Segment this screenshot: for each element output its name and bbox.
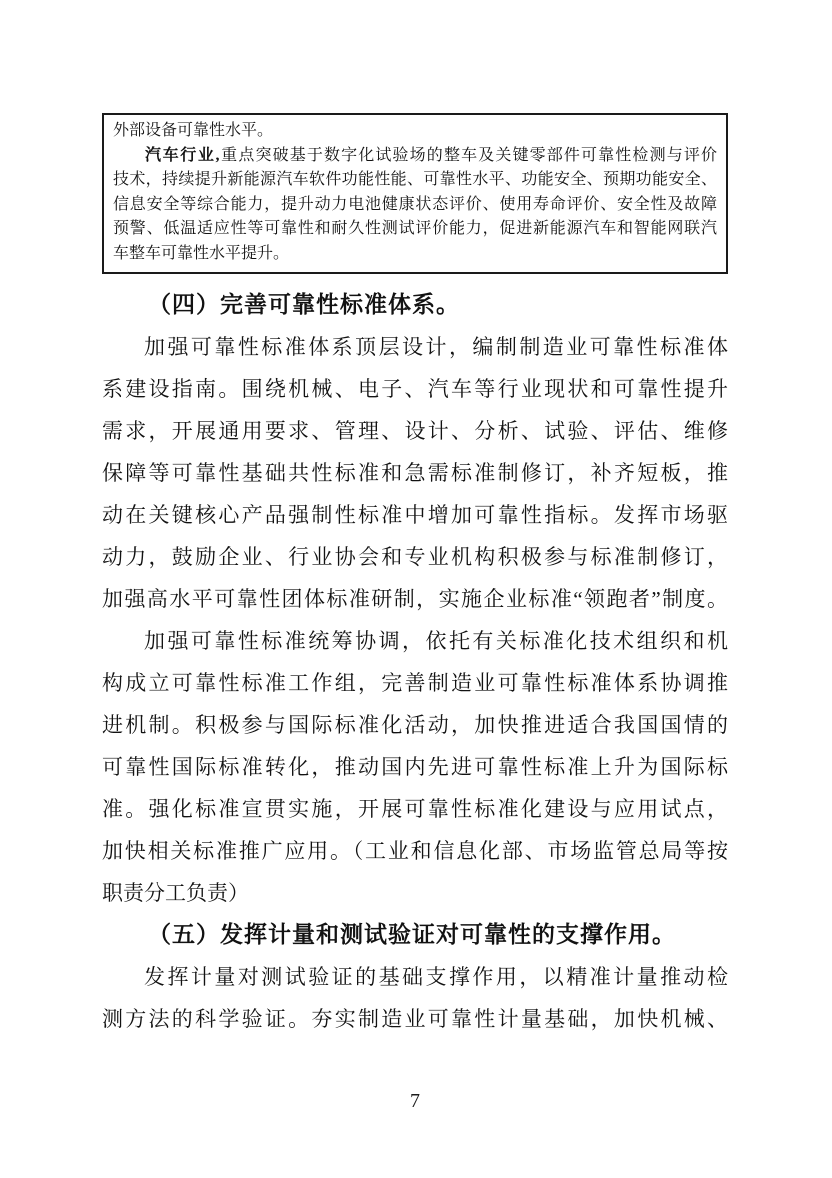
text-line: 动力，鼓励企业、行业协会和专业机构积极参与标准制修订， (102, 536, 728, 578)
paragraph-standards-coordination: 加强可靠性标准统筹协调，依托有关标准化技术组织和机构成立可靠性标准工作组，完善制… (102, 620, 728, 914)
text-line: 信息安全等综合能力，提升动力电池健康状态评价、使用寿命评价、安全性及故障 (113, 193, 717, 218)
text-line: 准。强化标准宣贯实施，开展可靠性标准化建设与应用试点， (102, 788, 728, 830)
text-line: 车整车可靠性水平提升。 (113, 242, 717, 267)
text-line: 加强可靠性标准体系顶层设计，编制制造业可靠性标准体 (102, 326, 728, 368)
paragraph-standards-top-design: 加强可靠性标准体系顶层设计，编制制造业可靠性标准体系建设指南。围绕机械、电子、汽… (102, 326, 728, 620)
section-heading-5: （五）发挥计量和测试验证对可靠性的支撑作用。 (102, 914, 728, 956)
text-line: 外部设备可靠性水平。 (113, 119, 717, 144)
text-line: 加强可靠性标准统筹协调，依托有关标准化技术组织和机 (102, 620, 728, 662)
text-line: 加快相关标准推广应用。（工业和信息化部、市场监管总局等按 (102, 830, 728, 872)
document-page: 外部设备可靠性水平。汽车行业,重点突破基于数字化试验场的整车及关键零部件可靠性检… (0, 0, 832, 1178)
text-line: 预警、低温适应性等可靠性和耐久性测试评价能力，促进新能源汽车和智能网联汽 (113, 217, 717, 242)
paragraph-metrology-support: 发挥计量对测试验证的基础支撑作用，以精准计量推动检测方法的科学验证。夯实制造业可… (102, 956, 728, 1040)
text-line: 发挥计量对测试验证的基础支撑作用，以精准计量推动检 (102, 956, 728, 998)
text-line: 动在关键核心产品强制性标准中增加可靠性指标。发挥市场驱 (102, 494, 728, 536)
section-heading-4: （四）完善可靠性标准体系。 (102, 284, 728, 326)
text-line: 构成立可靠性标准工作组，完善制造业可靠性标准体系协调推 (102, 662, 728, 704)
bold-lead-label: 汽车行业, (145, 147, 220, 164)
page-content: 外部设备可靠性水平。汽车行业,重点突破基于数字化试验场的整车及关键零部件可靠性检… (102, 113, 728, 1040)
text-line: 进机制。积极参与国际标准化活动，加快推进适合我国国情的 (102, 704, 728, 746)
text-line: 加强高水平可靠性团体标准研制，实施企业标准“领跑者”制度。 (102, 578, 728, 620)
callout-box-auto-industry: 外部设备可靠性水平。汽车行业,重点突破基于数字化试验场的整车及关键零部件可靠性检… (102, 113, 728, 274)
text-line: 职责分工负责） (102, 872, 728, 914)
text-line: 汽车行业,重点突破基于数字化试验场的整车及关键零部件可靠性检测与评价 (113, 144, 717, 169)
text-line: 保障等可靠性基础共性标准和急需标准制修订，补齐短板，推 (102, 452, 728, 494)
text-line: 测方法的科学验证。夯实制造业可靠性计量基础，加快机械、 (102, 998, 728, 1040)
text-line: 系建设指南。围绕机械、电子、汽车等行业现状和可靠性提升 (102, 368, 728, 410)
page-number: 7 (102, 1090, 728, 1113)
text-line: 可靠性国际标准转化，推动国内先进可靠性标准上升为国际标 (102, 746, 728, 788)
text-line: 需求，开展通用要求、管理、设计、分析、试验、评估、维修 (102, 410, 728, 452)
text-line: 技术，持续提升新能源汽车软件功能性能、可靠性水平、功能安全、预期功能安全、 (113, 168, 717, 193)
